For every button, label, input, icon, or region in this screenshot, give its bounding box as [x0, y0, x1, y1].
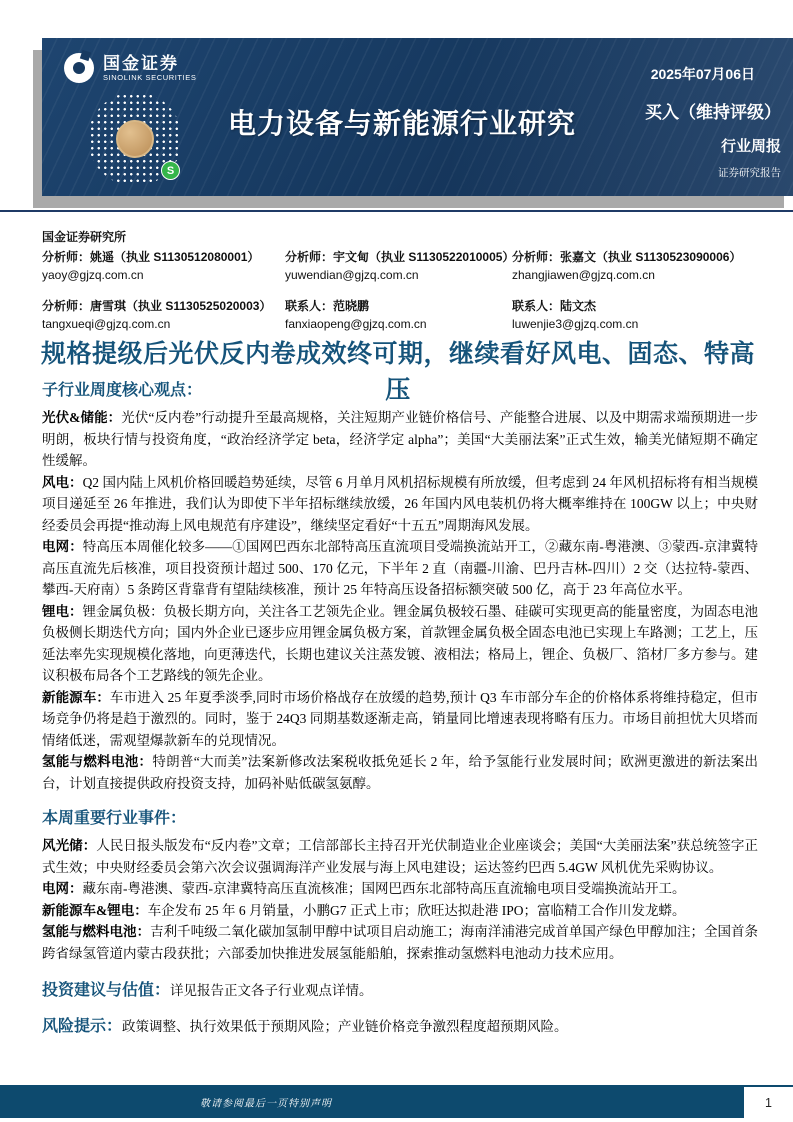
paragraph-label: 电网：: [42, 881, 83, 896]
paragraph-text: 人民日报头版发布“反内卷”文章；工信部部长主持召开光伏制造业企业座谈会；美国“大…: [42, 838, 758, 875]
section-heading-weekly-views: 子行业周度核心观点：: [42, 377, 758, 400]
section-risk-warning: 风险提示：政策调整、执行效果低于预期风险；产业链价格竞争激烈程度超预期风险。: [42, 1013, 758, 1036]
report-type-label: 行业周报: [645, 135, 781, 156]
page-footer: 敬请参阅最后一页特别声明 1: [0, 1085, 793, 1118]
paragraph-hydrogen: 氢能与燃料电池：特朗普“大而美”法案新修改法案税收抵免延长 2 年，给予氢能行业…: [42, 751, 758, 794]
report-header-banner: 国金证券 SINOLINK SECURITIES 2025年07月06日 S 电…: [42, 38, 793, 196]
paragraph-text: 特高压本周催化较多——①国网巴西东北部特高压直流项目受端换流站开工，②藏东南-粤…: [42, 539, 758, 597]
contact-card: 联系人：陆文杰 luwenjie3@gjzq.com.cn: [512, 298, 766, 333]
risk-heading: 风险提示：: [42, 1018, 122, 1035]
paragraph-ev: 新能源车：车市进入 25 年夏季淡季,同时市场价格战存在放缓的趋势,预计 Q3 …: [42, 687, 758, 752]
contact-name: 联系人：范晓鹏: [285, 298, 512, 316]
analyst-name: 分析师：姚遥（执业 S1130512080001）: [42, 249, 285, 267]
paragraph-label: 电网：: [42, 539, 83, 554]
paragraph-label: 锂电：: [42, 604, 83, 619]
sinolink-logo-icon: [64, 53, 94, 83]
event-hydrogen: 氢能与燃料电池：吉利千吨级二氧化碳加氢制甲醇中试项目启动施工；海南洋浦港完成首单…: [42, 921, 758, 964]
analyst-card: 分析师：宇文甸（执业 S1130522010005） yuwendian@gjz…: [285, 249, 512, 284]
page-number: 1: [744, 1085, 793, 1118]
analyst-name: 分析师：唐雪琪（执业 S1130525020003）: [42, 298, 285, 316]
brand-name-cn: 国金证券: [103, 54, 197, 73]
report-category-label: 证券研究报告: [645, 165, 781, 180]
event-ev-lithium: 新能源车&锂电：车企发布 25 年 6 月销量，小鹏G7 正式上市；欣旺达拟赴港…: [42, 900, 758, 922]
paragraph-label: 光伏&储能：: [42, 410, 121, 425]
event-wind-pv-storage: 风光储：人民日报头版发布“反内卷”文章；工信部部长主持召开光伏制造业企业座谈会；…: [42, 835, 758, 878]
brand-logo: 国金证券 SINOLINK SECURITIES: [64, 53, 197, 83]
paragraph-grid: 电网：特高压本周催化较多——①国网巴西东北部特高压直流项目受端换流站开工，②藏东…: [42, 536, 758, 601]
analyst-card: 分析师：唐雪琪（执业 S1130525020003） tangxueqi@gjz…: [42, 298, 285, 333]
paragraph-label: 氢能与燃料电池：: [42, 924, 150, 939]
header-divider: [0, 210, 793, 212]
paragraph-label: 风电：: [42, 475, 83, 490]
footer-disclaimer-bar: 敬请参阅最后一页特别声明: [0, 1085, 744, 1118]
analyst-card: 分析师：张嘉文（执业 S1130523090006） zhangjiawen@g…: [512, 249, 766, 284]
section-investment-advice: 投资建议与估值：详见报告正文各子行业观点详情。: [42, 977, 758, 1000]
rating-block: 买入（维持评级） 行业周报 证券研究报告: [645, 98, 781, 180]
risk-text: 政策调整、执行效果低于预期风险；产业链价格竞争激烈程度超预期风险。: [122, 1019, 568, 1034]
paragraph-text: 光伏“反内卷”行动提升至最高规格，关注短期产业链价格信号、产能整合进展、以及中期…: [42, 410, 758, 468]
analyst-name: 分析师：宇文甸（执业 S1130522010005）: [285, 249, 512, 267]
qr-center-seal: [116, 120, 154, 158]
report-series-title: 电力设备与新能源行业研究: [182, 102, 622, 142]
paragraph-text: 车市进入 25 年夏季淡季,同时市场价格战存在放缓的趋势,预计 Q3 车市部分车…: [42, 690, 758, 748]
analyst-card: 分析师：姚遥（执业 S1130512080001） yaoy@gjzq.com.…: [42, 249, 285, 284]
report-body: 子行业周度核心观点： 光伏&储能：光伏“反内卷”行动提升至最高规格，关注短期产业…: [42, 377, 758, 1036]
paragraph-label: 新能源车：: [42, 690, 110, 705]
contact-email-link[interactable]: luwenjie3@gjzq.com.cn: [512, 316, 766, 334]
paragraph-label: 新能源车&锂电：: [42, 903, 148, 918]
paragraph-label: 风光储：: [42, 838, 96, 853]
contact-name: 联系人：陆文杰: [512, 298, 766, 316]
paragraph-label: 氢能与燃料电池：: [42, 754, 152, 769]
analyst-email-link[interactable]: zhangjiawen@gjzq.com.cn: [512, 267, 766, 285]
analyst-grid: 分析师：姚遥（执业 S1130512080001） yaoy@gjzq.com.…: [42, 249, 766, 333]
analyst-email-link[interactable]: yaoy@gjzq.com.cn: [42, 267, 285, 285]
analyst-email-link[interactable]: tangxueqi@gjzq.com.cn: [42, 316, 285, 334]
paragraph-pv-storage: 光伏&储能：光伏“反内卷”行动提升至最高规格，关注短期产业链价格信号、产能整合进…: [42, 407, 758, 472]
paragraph-lithium: 锂电：锂金属负极：负极长期方向，关注各工艺领先企业。锂金属负极较石墨、硅碳可实现…: [42, 601, 758, 687]
paragraph-text: 车企发布 25 年 6 月销量，小鹏G7 正式上市；欣旺达拟赴港 IPO；富临精…: [148, 903, 686, 918]
rating-label: 买入（维持评级）: [645, 98, 781, 123]
report-date: 2025年07月06日: [651, 64, 755, 84]
wechat-channel-icon: S: [161, 161, 180, 180]
paragraph-text: 吉利千吨级二氧化碳加氢制甲醇中试项目启动施工；海南洋浦港完成首单国产绿色甲醇加注…: [42, 924, 758, 961]
investment-text: 详见报告正文各子行业观点详情。: [170, 983, 373, 998]
paragraph-text: Q2 国内陆上风机价格回暖趋势延续，尽管 6 月单月风机招标规模有所放缓，但考虑…: [42, 475, 758, 533]
analyst-email-link[interactable]: yuwendian@gjzq.com.cn: [285, 267, 512, 285]
contact-email-link[interactable]: fanxiaopeng@gjzq.com.cn: [285, 316, 512, 334]
investment-heading: 投资建议与估值：: [42, 982, 170, 999]
paragraph-text: 藏东南-粤港澳、蒙西-京津冀特高压直流核准；国网巴西东北部特高压直流输电项目受端…: [83, 881, 686, 896]
analyst-section: 国金证券研究所 分析师：姚遥（执业 S1130512080001） yaoy@g…: [42, 228, 766, 333]
footer-disclaimer-text: 敬请参阅最后一页特别声明: [0, 1094, 532, 1109]
qr-code: S: [88, 92, 182, 186]
contact-card: 联系人：范晓鹏 fanxiaopeng@gjzq.com.cn: [285, 298, 512, 333]
section-heading-weekly-events: 本周重要行业事件：: [42, 805, 758, 828]
paragraph-text: 锂金属负极：负极长期方向，关注各工艺领先企业。锂金属负极较石墨、硅碳可实现更高的…: [42, 604, 758, 684]
brand-name-en: SINOLINK SECURITIES: [103, 73, 197, 82]
brand-text: 国金证券 SINOLINK SECURITIES: [103, 54, 197, 82]
event-grid: 电网：藏东南-粤港澳、蒙西-京津冀特高压直流核准；国网巴西东北部特高压直流输电项…: [42, 878, 758, 900]
research-institute-label: 国金证券研究所: [42, 228, 766, 245]
paragraph-wind: 风电：Q2 国内陆上风机价格回暖趋势延续，尽管 6 月单月风机招标规模有所放缓，…: [42, 472, 758, 537]
analyst-name: 分析师：张嘉文（执业 S1130523090006）: [512, 249, 766, 267]
